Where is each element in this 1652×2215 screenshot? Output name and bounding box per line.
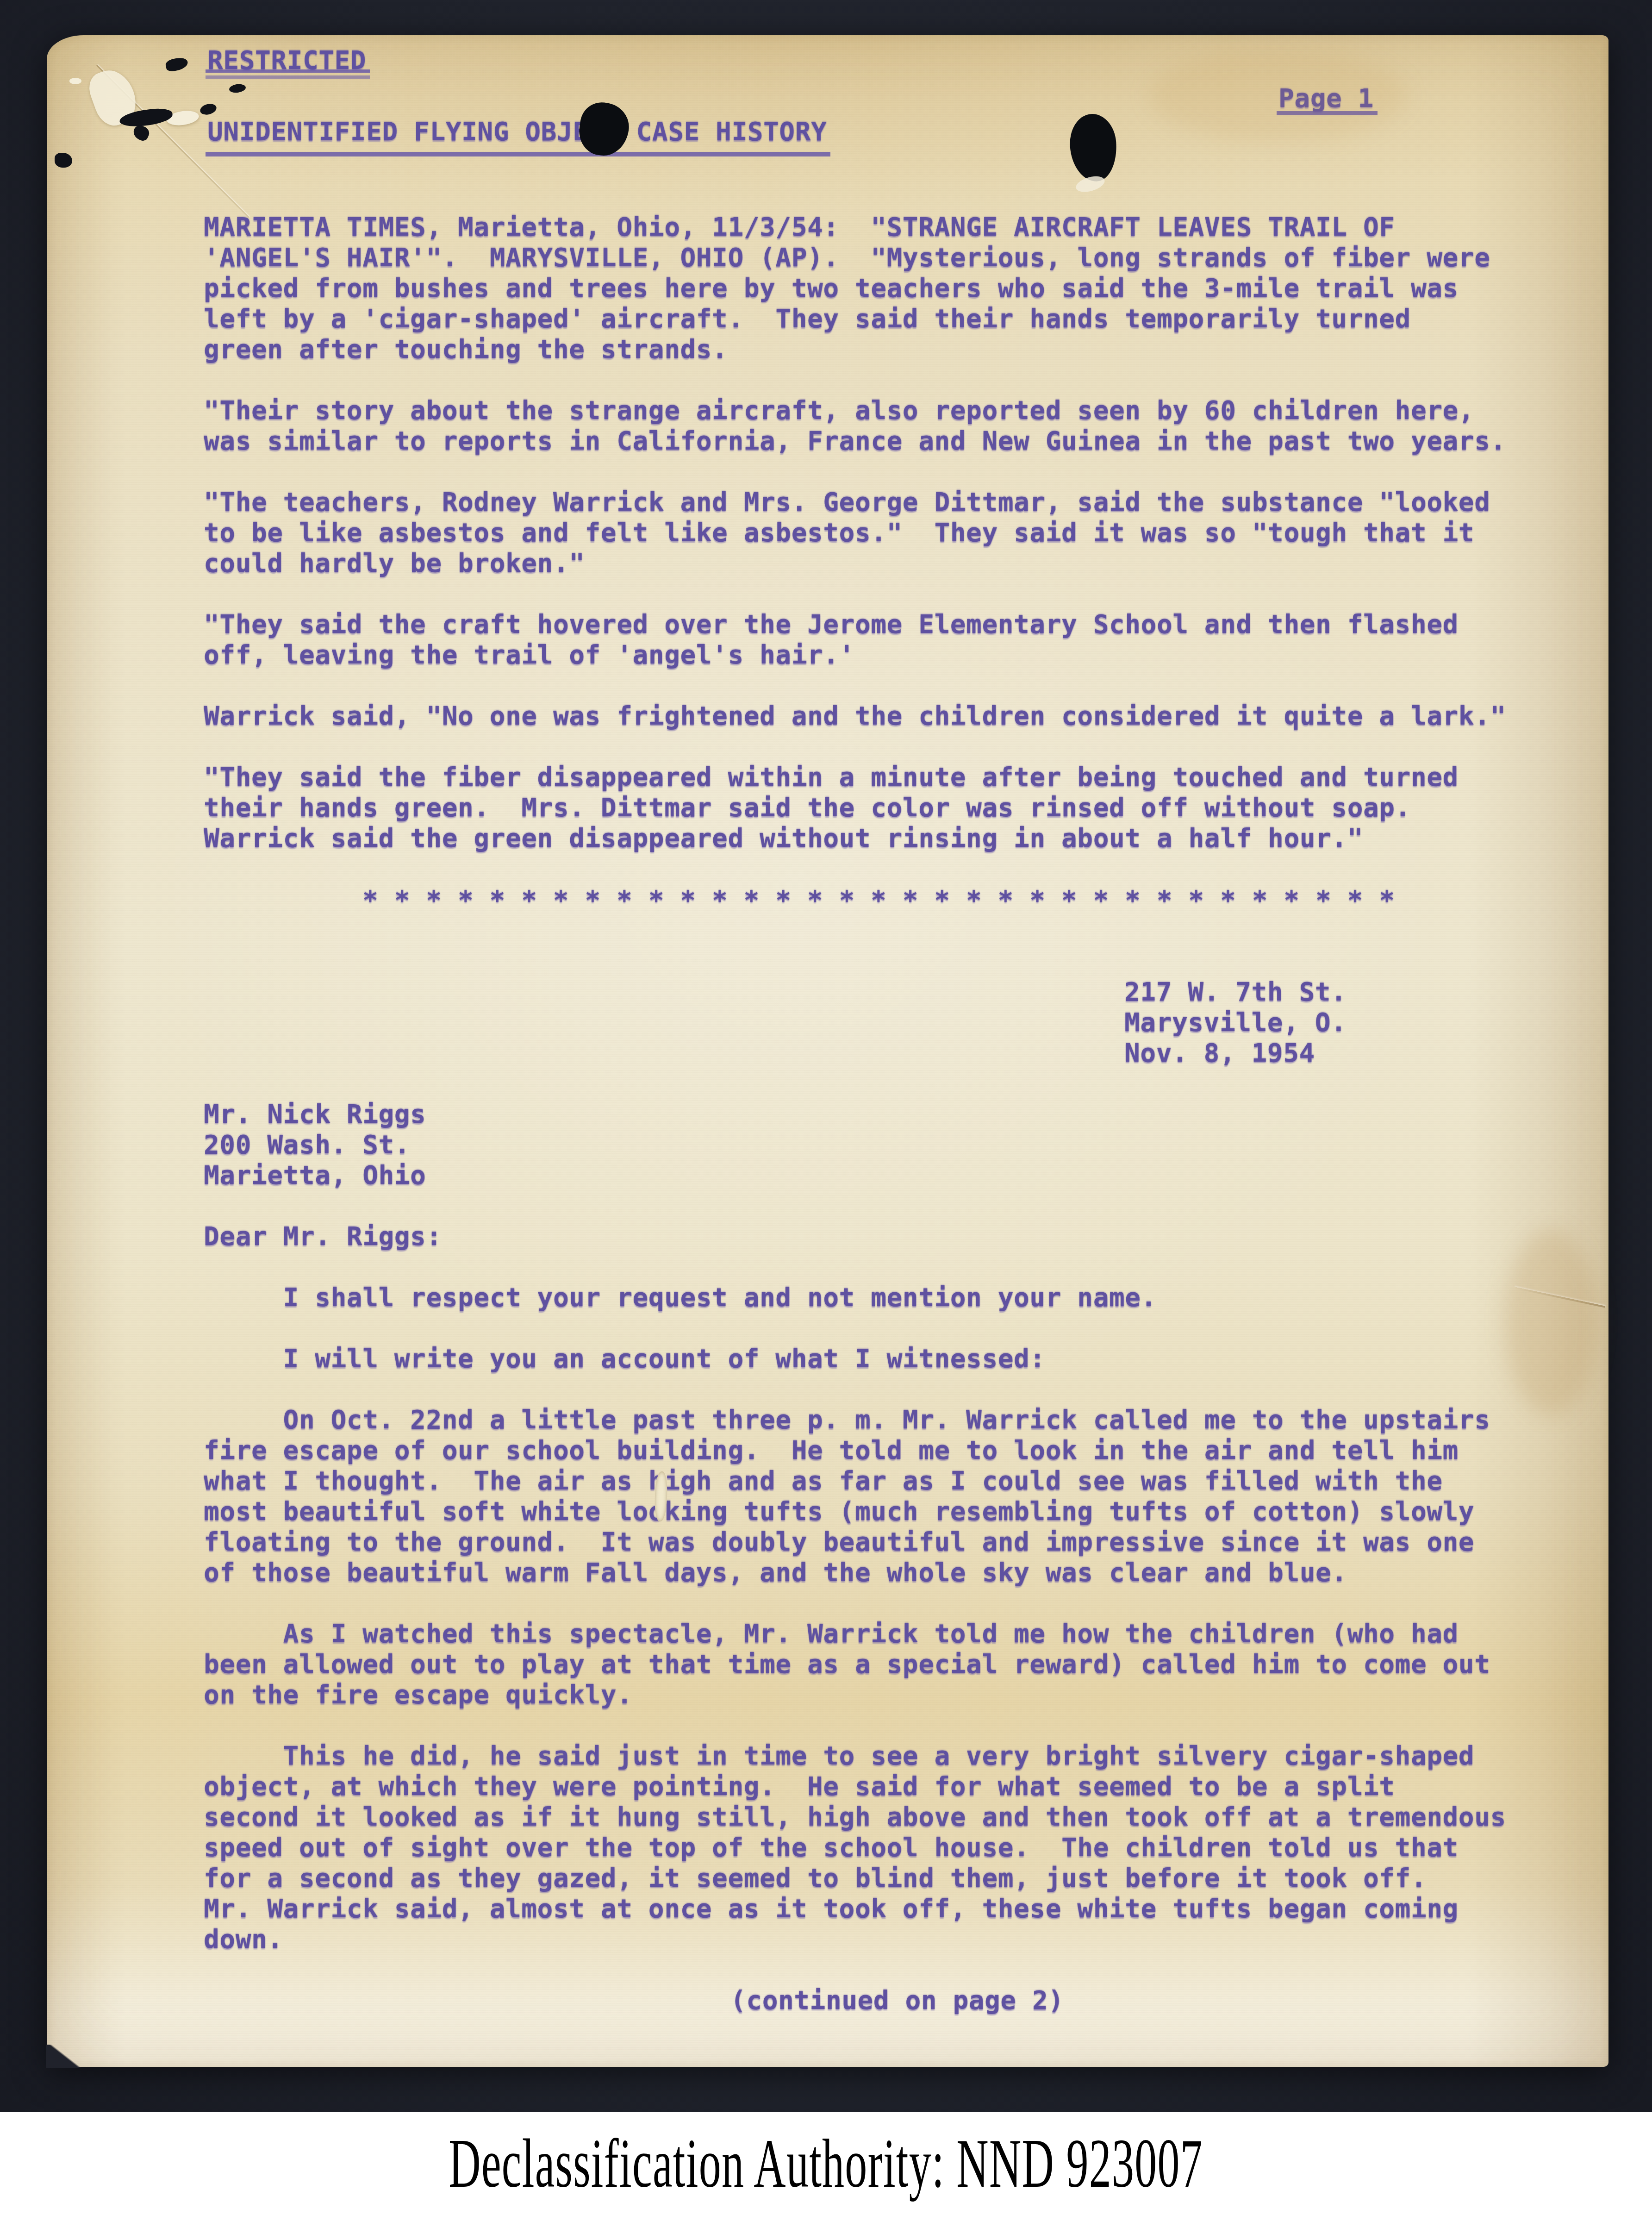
asterisk-divider: * * * * * * * * * * * * * * * * * * * * … bbox=[362, 885, 1395, 916]
letter-body-text: I shall respect your request and not men… bbox=[204, 1283, 1506, 1955]
punch-hole-right bbox=[1068, 113, 1119, 183]
paper-tear-right-edge bbox=[1515, 1287, 1605, 1308]
recipient-address: Mr. Nick Riggs 200 Wash. St. Marietta, O… bbox=[204, 1099, 426, 1191]
declassification-authority-text: Declassification Authority: NND 923007 bbox=[449, 2124, 1203, 2203]
restricted-classification-stamp: RESTRICTED bbox=[207, 45, 366, 76]
paper-edge-nick bbox=[55, 153, 72, 168]
paper-tear bbox=[165, 56, 189, 72]
document-title-stamp: UNIDENTIFIED FLYING OBJECT CASE HISTORY bbox=[207, 117, 827, 147]
sender-address: 217 W. 7th St. Marysville, O. Nov. 8, 19… bbox=[1124, 977, 1347, 1069]
declassification-footer-bar: Declassification Authority: NND 923007 bbox=[0, 2112, 1652, 2215]
document-paper: RESTRICTED UNIDENTIFIED FLYING OBJECT CA… bbox=[47, 35, 1608, 2067]
torn-paper-speck bbox=[69, 78, 81, 84]
punch-hole-left bbox=[576, 100, 632, 159]
continued-on-page-2-note: (continued on page 2) bbox=[730, 1985, 1064, 2016]
letter-salutation: Dear Mr. Riggs: bbox=[204, 1221, 442, 1252]
page-number-stamp: Page 1 bbox=[1278, 83, 1374, 114]
paper-tear bbox=[199, 102, 218, 117]
newspaper-article-text: MARIETTA TIMES, Marietta, Ohio, 11/3/54:… bbox=[204, 212, 1506, 854]
scanned-document-view: RESTRICTED UNIDENTIFIED FLYING OBJECT CA… bbox=[0, 0, 1652, 2215]
paper-stain bbox=[1505, 1230, 1597, 1415]
paper-corner-clip bbox=[46, 2045, 87, 2068]
paper-tear bbox=[229, 83, 246, 94]
